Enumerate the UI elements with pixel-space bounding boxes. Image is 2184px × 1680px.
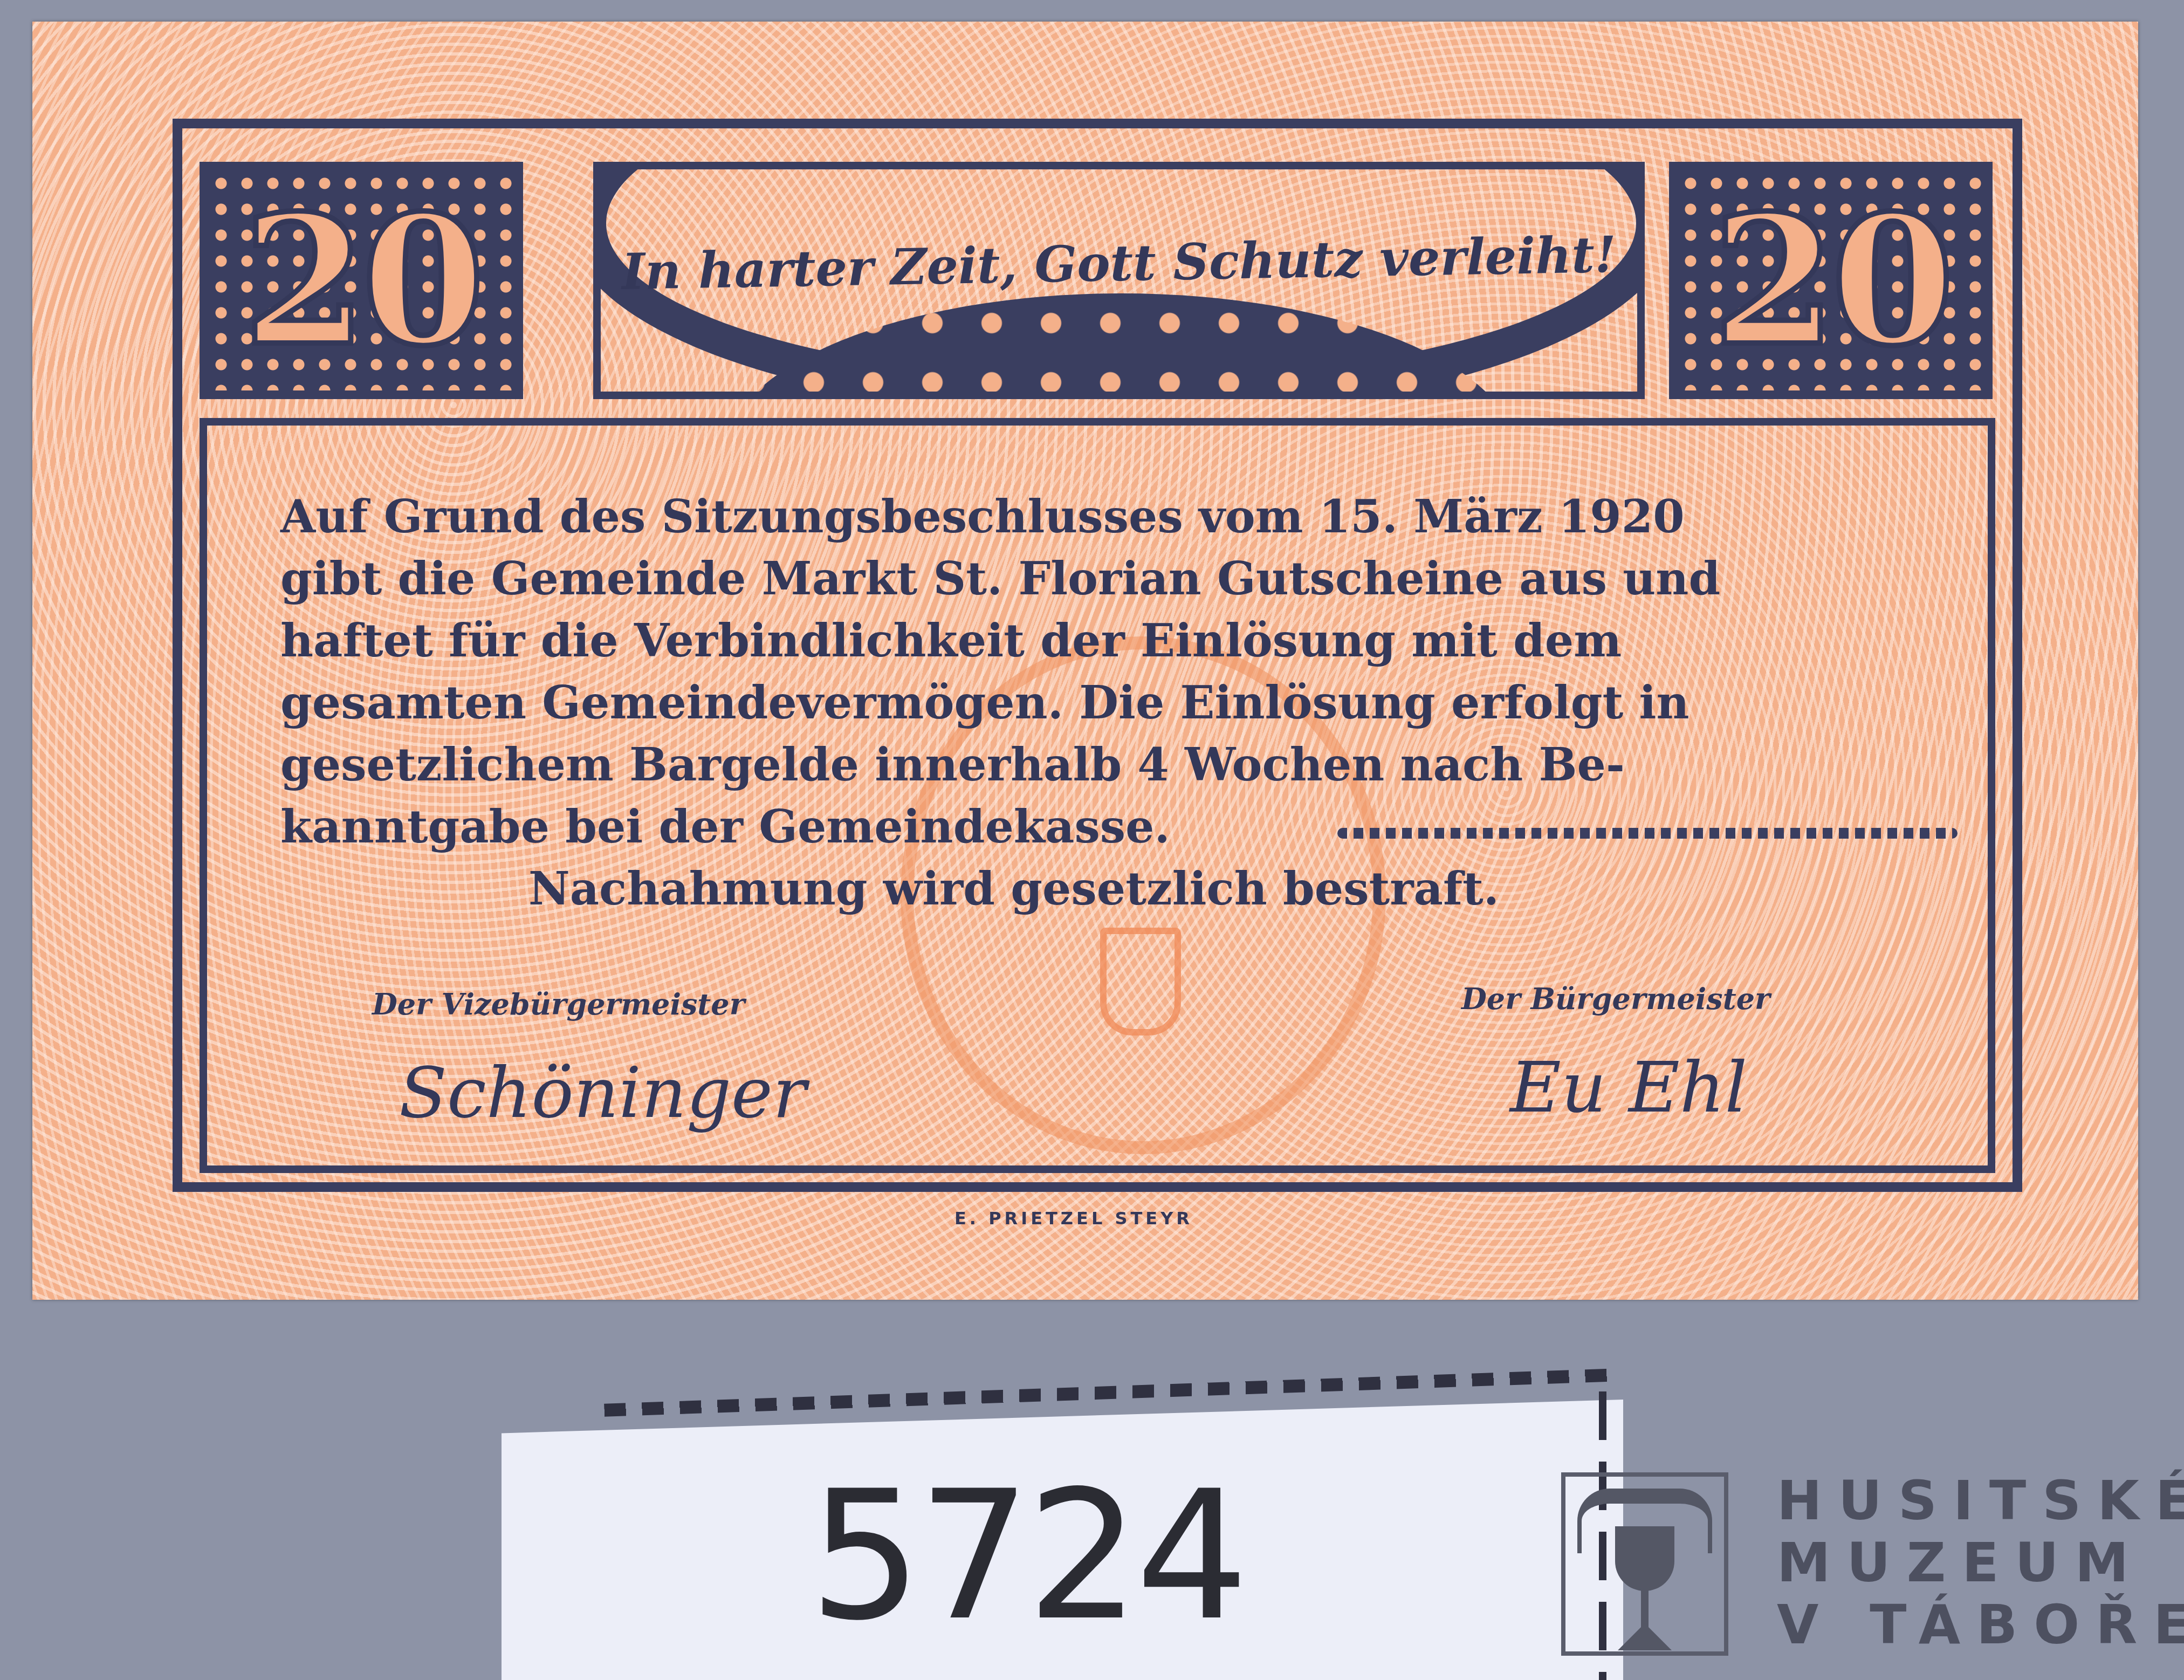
declaration-line: gesetzlichem Bargelde innerhalb 4 Wochen…	[280, 733, 1974, 796]
declaration-line: kanntgabe bei der Gemeindekasse.	[280, 796, 1974, 858]
chalice-cup	[1615, 1526, 1674, 1591]
denomination-right: 20	[1712, 191, 1949, 369]
motto-panel: In harter Zeit, Gott Schutz verleiht!	[593, 162, 1645, 399]
mayor-label: Der Bürgermeister	[1461, 982, 1770, 1016]
denomination-left: 20	[243, 191, 479, 369]
catalog-number: 5724	[809, 1467, 1245, 1645]
declaration-text: Auf Grund des Sitzungsbeschlusses vom 15…	[280, 485, 1974, 920]
declaration-line: gibt die Gemeinde Markt St. Florian Guts…	[280, 547, 1974, 609]
chalice-base	[1618, 1623, 1672, 1650]
museum-name: HUSITSKÉ MUZEUM V TÁBOŘE	[1777, 1470, 2184, 1656]
museum-name-line: V TÁBOŘE	[1777, 1594, 2184, 1656]
museum-name-line: HUSITSKÉ	[1777, 1470, 2184, 1532]
declaration-line: haftet für die Verbindlichkeit der Einlö…	[280, 609, 1974, 671]
counterfeit-warning: Nachahmung wird gesetzlich bestraft.	[280, 858, 1974, 920]
museum-name-line: MUZEUM	[1777, 1532, 2184, 1594]
denomination-left-box: 20	[200, 162, 523, 399]
declaration-line: gesamten Gemeindevermögen. Die Einlösung…	[280, 671, 1974, 733]
vice-mayor-signature: Schöninger	[399, 1052, 806, 1134]
printer-imprint: E. PRIETZEL STEYR	[954, 1208, 1193, 1229]
mayor-signature: Eu Ehl	[1510, 1046, 1747, 1128]
vice-mayor-label: Der Vizebürgermeister	[372, 987, 745, 1021]
wavy-line-ornament	[1337, 828, 1958, 839]
denomination-right-box: 20	[1669, 162, 1993, 399]
declaration-line: Auf Grund des Sitzungsbeschlusses vom 15…	[280, 485, 1974, 547]
